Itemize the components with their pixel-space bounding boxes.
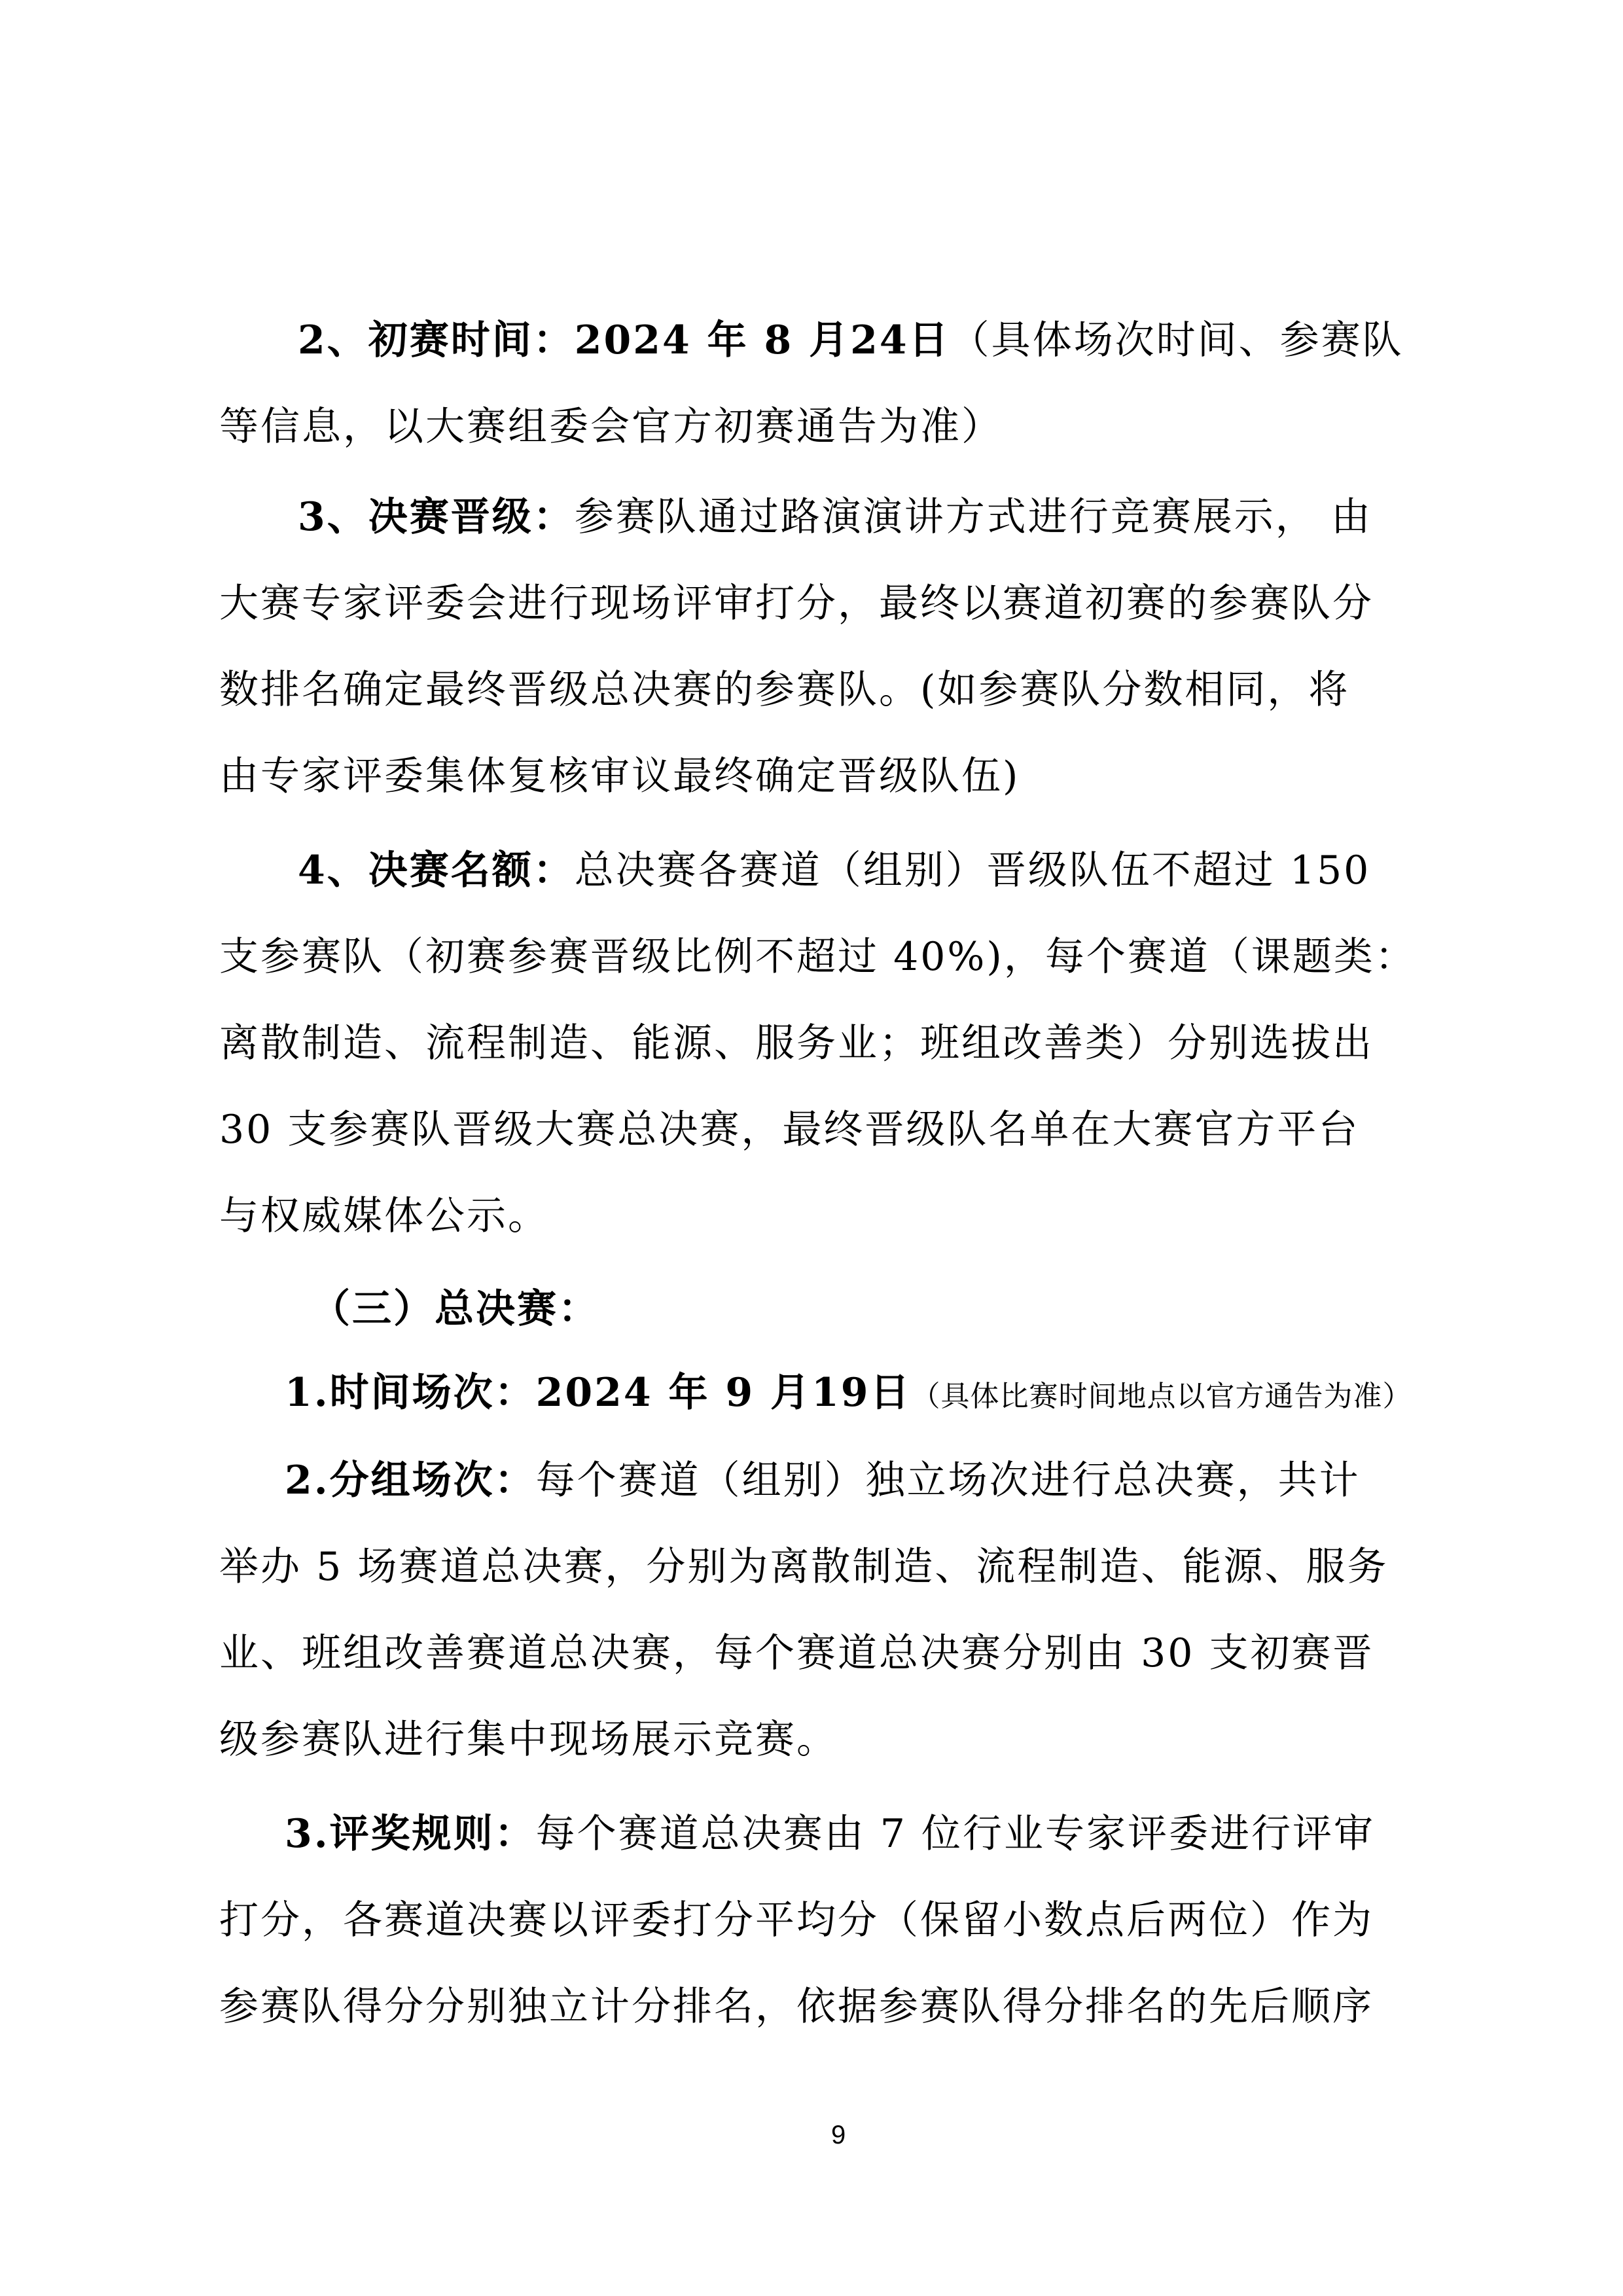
paragraph-final-advance-line-3: 数排名确定最终晋级总决赛的参赛队。(如参赛队分数相同，将 (219, 664, 1349, 716)
paragraph-award-rules-line-1: 3.评奖规则：每个赛道总决赛由 7 位行业专家评委进行评审 (285, 1808, 1375, 1860)
prelim-time-heading: 2、初赛时间：2024 年 8 月24日 (298, 317, 950, 363)
paragraph-prelim-time-line-2: 等信息，以大赛组委会官方初赛通告为准） (219, 401, 1003, 453)
paragraph-final-quota-line-3: 离散制造、流程制造、能源、服务业；班组改善类）分别选拔出 (219, 1017, 1374, 1069)
paragraph-final-quota-line-2: 支参赛队（初赛参赛晋级比例不超过 40%)，每个赛道（课题类： (219, 931, 1416, 983)
paragraph-grouping-line-1: 2.分组场次：每个赛道（组别）独立场次进行总决赛，共计 (285, 1454, 1361, 1507)
paragraph-final-time-line-1: 1.时间场次：2024 年 9 月19日（具体比赛时间地点以官方通告为准） (285, 1367, 1412, 1423)
paragraph-award-rules-line-2: 打分，各赛道决赛以评委打分平均分（保留小数点后两位）作为 (219, 1894, 1374, 1946)
paragraph-final-quota-line-1: 4、决赛名额：总决赛各赛道（组别）晋级队伍不超过 150 (298, 844, 1370, 897)
paragraph-award-rules-line-3: 参赛队得分分别独立计分排名，依据参赛队得分排名的先后顺序 (219, 1981, 1374, 2033)
paragraph-prelim-time-line-1: 2、初赛时间：2024 年 8 月24日（具体场次时间、参赛队 (298, 314, 1404, 367)
paragraph-final-advance-line-4: 由专家评委集体复核审议最终确定晋级队伍) (219, 750, 1020, 802)
award-rules-heading: 3.评奖规则： (285, 1811, 536, 1857)
final-advance-heading: 3、决赛晋级： (298, 494, 575, 540)
final-quota-heading: 4、决赛名额： (298, 848, 575, 893)
page-number: 9 (831, 2121, 846, 2150)
paragraph-grouping-line-4: 级参赛队进行集中现场展示竞赛。 (219, 1713, 838, 1766)
paragraph-final-quota-line-5: 与权威媒体公示。 (219, 1190, 549, 1242)
section-heading-grand-final: （三）总决赛： (311, 1283, 599, 1335)
final-time-heading: 1.时间场次：2024 年 9 月19日 (285, 1370, 912, 1416)
paragraph-grouping-line-2: 举办 5 场赛道总决赛，分别为离散制造、流程制造、能源、服务 (219, 1541, 1388, 1593)
final-time-note: （具体比赛时间地点以官方通告为准） (912, 1380, 1412, 1413)
paragraph-grouping-line-3: 业、班组改善赛道总决赛，每个赛道总决赛分别由 30 支初赛晋 (219, 1627, 1374, 1679)
paragraph-final-quota-line-4: 30 支参赛队晋级大赛总决赛，最终晋级队名单在大赛官方平台 (219, 1103, 1359, 1156)
paragraph-final-advance-line-2: 大赛专家评委会进行现场评审打分，最终以赛道初赛的参赛队分 (219, 577, 1374, 630)
paragraph-final-advance-line-1: 3、决赛晋级：参赛队通过路演演讲方式进行竞赛展示， 由 (298, 491, 1372, 543)
grouping-heading: 2.分组场次： (285, 1458, 536, 1503)
